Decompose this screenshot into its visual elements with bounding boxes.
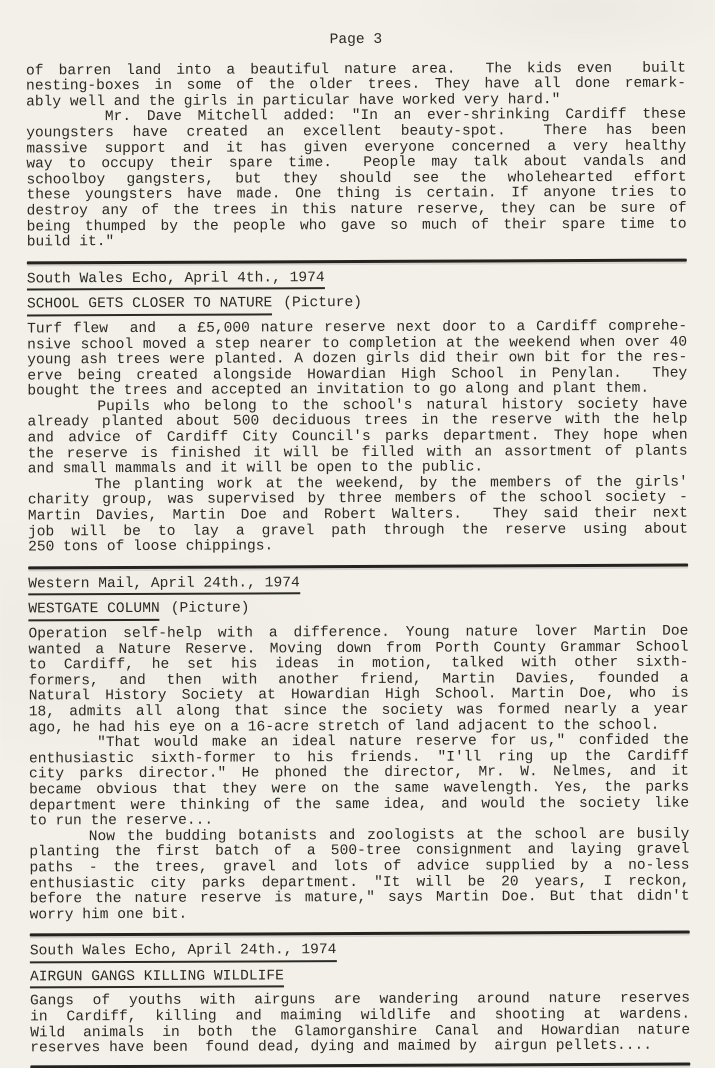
source-text: South Wales Echo, April 24th., 1974	[30, 943, 337, 963]
section-headline: WESTGATE COLUMN(Picture)	[28, 600, 688, 621]
source-text: South Wales Echo, April 4th., 1974	[27, 271, 325, 291]
section-headline: SCHOOL GETS CLOSER TO NATURE(Picture)	[27, 295, 687, 316]
section-divider	[30, 931, 690, 937]
headline-text: WESTGATE COLUMN	[28, 602, 159, 621]
headline-text: SCHOOL GETS CLOSER TO NATURE	[27, 297, 272, 317]
document-page: Page 3 of barren land into a beautiful n…	[0, 0, 715, 1068]
headline-suffix: (Picture)	[283, 295, 362, 311]
intro-paragraph-2: Mr. Dave Mitchell added: "In an ever-shr…	[26, 108, 687, 251]
article-paragraph: Now the budding botanists and zoologists…	[29, 827, 689, 923]
headline-text: AIRGUN GANGS KILLING WILDLIFE	[30, 969, 284, 989]
article-paragraph: The planting work at the weekend, by the…	[28, 475, 688, 556]
section-headline: AIRGUN GANGS KILLING WILDLIFE	[30, 967, 690, 988]
intro-paragraph-1: of barren land into a beautiful nature a…	[26, 61, 686, 111]
headline-suffix: (Picture)	[171, 601, 250, 617]
section-divider	[28, 563, 688, 569]
article-paragraph: Turf flew and a £5,000 nature reserve ne…	[27, 319, 687, 400]
article-paragraph: Gangs of youths with airguns are wanderi…	[30, 992, 690, 1057]
section-divider	[27, 258, 687, 264]
section-divider	[30, 1062, 690, 1068]
page-title: Page 3	[26, 32, 686, 50]
section-source: South Wales Echo, April 4th., 1974	[27, 269, 687, 290]
section-source: South Wales Echo, April 24th., 1974	[30, 942, 690, 963]
article-paragraph: "That would make an ideal nature reserve…	[29, 734, 689, 830]
section-source: Western Mail, April 24th., 1974	[28, 574, 688, 595]
article-paragraph: Pupils who belong to the school's natura…	[27, 397, 687, 478]
source-text: Western Mail, April 24th., 1974	[28, 576, 300, 596]
article-paragraph: Operation self-help with a difference. Y…	[28, 625, 688, 737]
